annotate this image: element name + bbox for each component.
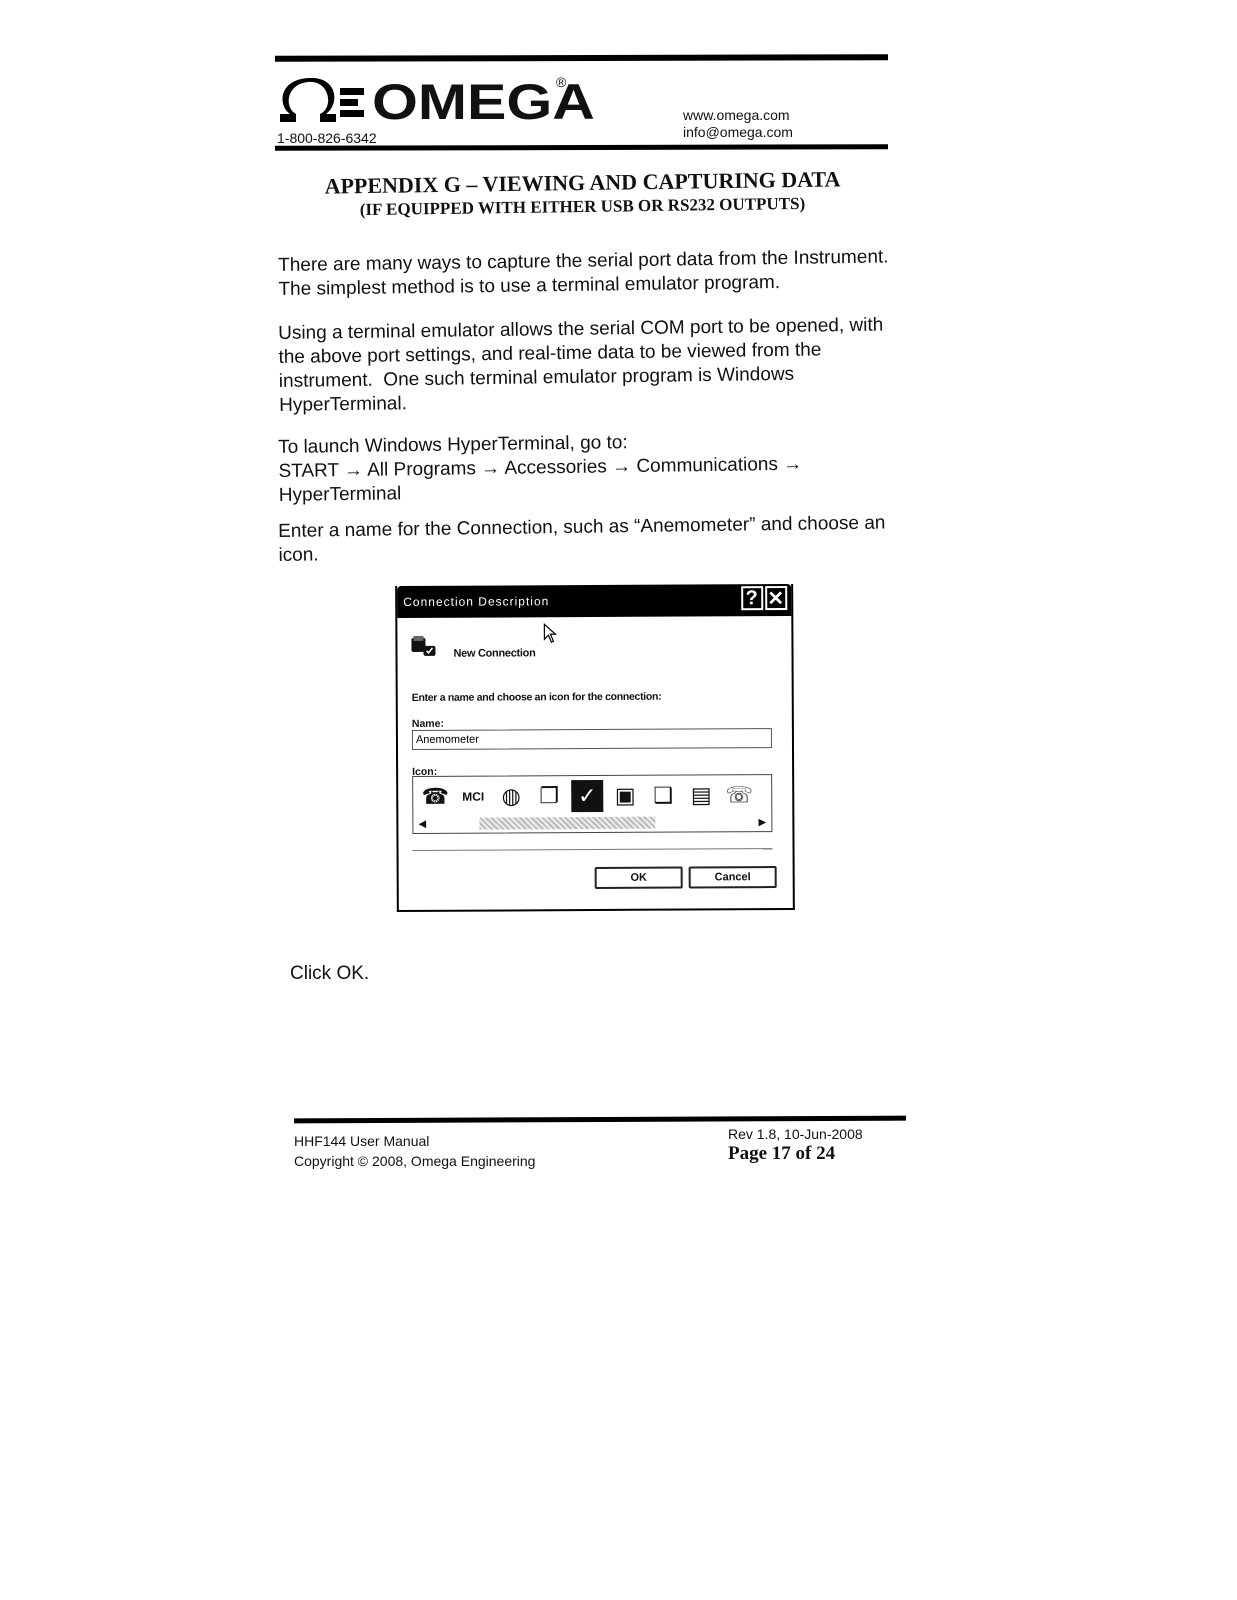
new-connection-icon <box>409 634 437 658</box>
header-bottom-rule <box>275 144 888 151</box>
mouse-pointer-icon <box>543 623 557 648</box>
dialog-title: Connection Description <box>403 594 549 609</box>
paragraph-launch-steps: To launch Windows HyperTerminal, go to: … <box>278 429 803 508</box>
icon-list: ☎MCI◍❐✓▣❑▤☏ <box>413 775 771 817</box>
dialog-title-bar[interactable]: Connection Description ? ✕ <box>397 584 791 618</box>
scroll-thumb[interactable] <box>479 817 655 830</box>
omega-logo: OMEGA <box>278 78 561 124</box>
phone-number: 1-800-826-6342 <box>277 130 377 146</box>
globe-icon[interactable]: ◍ <box>495 780 527 812</box>
name-label: Name: <box>412 718 444 730</box>
paragraph-intro: There are many ways to capture the seria… <box>278 245 889 302</box>
instruction-text: Enter a name and choose an icon for the … <box>412 691 662 704</box>
new-connection-label: New Connection <box>453 647 535 659</box>
name-input[interactable] <box>412 728 772 750</box>
omega-symbol-icon <box>278 78 368 124</box>
contact-info: www.omega.com info@omega.com <box>683 107 793 141</box>
icon-scrollbar[interactable]: ◀ ▶ <box>415 815 769 831</box>
manual-title: HHF144 User Manual <box>294 1131 535 1151</box>
footer-rule <box>294 1116 906 1124</box>
page-number: Page 17 of 24 <box>728 1144 863 1164</box>
mci-icon[interactable]: MCI <box>457 781 489 813</box>
paragraph-terminal-emulator: Using a terminal emulator allows the ser… <box>278 314 884 418</box>
scroll-left-arrow-icon[interactable]: ◀ <box>415 817 429 831</box>
dialog-separator <box>413 848 773 851</box>
phone-network-icon[interactable]: ☎ <box>419 781 451 813</box>
documents-icon[interactable]: ❐ <box>533 780 565 812</box>
paragraph-enter-name: Enter a name for the Connection, such as… <box>278 512 886 568</box>
footer-left: HHF144 User Manual Copyright © 2008, Ome… <box>294 1131 535 1171</box>
close-button[interactable]: ✕ <box>765 586 787 610</box>
paragraph-click-ok: Click OK. <box>290 962 369 986</box>
telephone-icon[interactable]: ☏ <box>723 779 755 811</box>
connection-description-dialog: Connection Description ? ✕ New Connectio… <box>395 584 795 912</box>
dark-square-icon[interactable]: ✓ <box>571 780 603 812</box>
ok-button[interactable]: OK <box>595 867 683 889</box>
registered-mark: ® <box>556 74 566 90</box>
email-link[interactable]: info@omega.com <box>683 124 793 141</box>
footer-right: Rev 1.8, 10-Jun-2008 Page 17 of 24 <box>728 1124 863 1164</box>
folder-icon[interactable]: ▤ <box>685 779 717 811</box>
icon-picker[interactable]: ☎MCI◍❐✓▣❑▤☏ ◀ ▶ <box>412 774 772 834</box>
book-icon[interactable]: ❑ <box>647 780 679 812</box>
scroll-right-arrow-icon[interactable]: ▶ <box>755 815 769 829</box>
copyright: Copyright © 2008, Omega Engineering <box>294 1151 535 1171</box>
header-top-rule <box>275 54 888 62</box>
revision: Rev 1.8, 10-Jun-2008 <box>728 1124 863 1144</box>
cancel-button[interactable]: Cancel <box>689 866 777 888</box>
website-link[interactable]: www.omega.com <box>683 107 793 124</box>
modem-icon[interactable]: ▣ <box>609 780 641 812</box>
help-button[interactable]: ? <box>741 586 763 610</box>
